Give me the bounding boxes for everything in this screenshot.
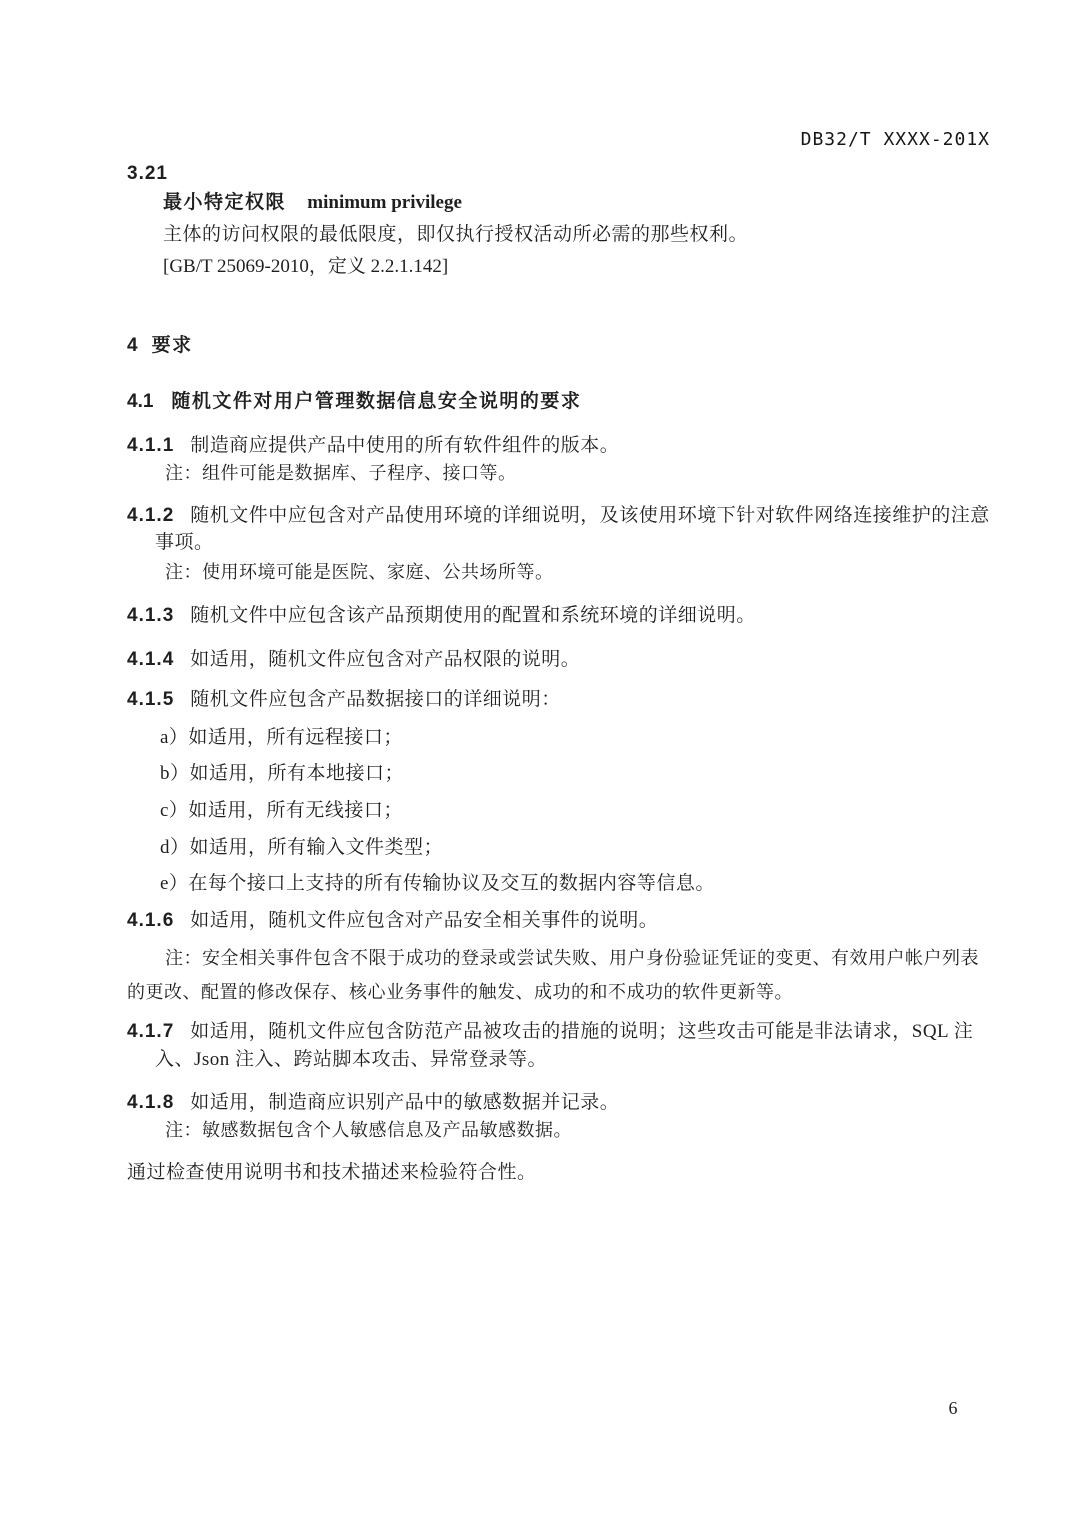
clause-number: 4.1.7	[127, 1021, 174, 1042]
clause-number: 4.1.1	[127, 435, 174, 456]
clause-4-1-8: 4.1.8如适用，制造商应识别产品中的敏感数据并记录。	[127, 1089, 990, 1116]
requirements-section: 4要求 4.1随机文件对用户管理数据信息安全说明的要求 4.1.1制造商应提供产…	[127, 332, 990, 1186]
list-item-c: c）如适用，所有无线接口；	[160, 797, 990, 824]
clause-4-1-6: 4.1.6如适用，随机文件应包含对产品安全相关事件的说明。	[127, 907, 990, 934]
clause-text: 随机文件中应包含对产品使用环境的详细说明，及该使用环境下针对软件网络连接维护的注…	[155, 505, 990, 553]
page-content: DB32/T XXXX-201X 3.21 最小特定权限 minimum pri…	[127, 0, 990, 1186]
list-item-a: a）如适用，所有远程接口；	[160, 724, 990, 751]
clause-number: 4.1.4	[127, 649, 174, 670]
conformance-statement: 通过检查使用说明书和技术描述来检验符合性。	[127, 1159, 990, 1186]
page-number: 6	[949, 1398, 959, 1419]
clause-4-1-8-note: 注：敏感数据包含个人敏感信息及产品敏感数据。	[127, 1117, 990, 1144]
doc-header: DB32/T XXXX-201X	[127, 130, 990, 150]
clause-text: 随机文件中应包含该产品预期使用的配置和系统环境的详细说明。	[190, 605, 756, 626]
clause-text: 随机文件应包含产品数据接口的详细说明：	[190, 689, 561, 710]
clause-4-1-5: 4.1.5随机文件应包含产品数据接口的详细说明：	[127, 686, 990, 713]
term-en: minimum privilege	[307, 192, 462, 213]
subsection-number: 4.1	[127, 391, 153, 412]
clause-number: 4.1.2	[127, 505, 174, 526]
clause-4-1-3: 4.1.3随机文件中应包含该产品预期使用的配置和系统环境的详细说明。	[127, 602, 990, 629]
list-item-b: b）如适用，所有本地接口；	[160, 760, 990, 787]
list-item-d: d）如适用，所有输入文件类型；	[160, 834, 990, 861]
list-item-e: e）在每个接口上支持的所有传输协议及交互的数据内容等信息。	[160, 870, 990, 897]
clause-text: 制造商应提供产品中使用的所有软件组件的版本。	[190, 435, 619, 456]
section-title: 要求	[152, 335, 193, 356]
clause-4-1-1-note: 注：组件可能是数据库、子程序、接口等。	[127, 460, 990, 487]
clause-4-1-2-note: 注：使用环境可能是医院、家庭、公共场所等。	[127, 559, 990, 586]
clause-4-1-4: 4.1.4如适用，随机文件应包含对产品权限的说明。	[127, 646, 990, 673]
clause-number: 4.1.5	[127, 689, 174, 710]
term-clause-number: 3.21	[127, 160, 990, 187]
subsection-title: 随机文件对用户管理数据信息安全说明的要求	[171, 391, 581, 412]
term-title-line: 最小特定权限 minimum privilege	[127, 189, 990, 216]
section-heading: 4要求	[127, 332, 990, 359]
term-section: 3.21 最小特定权限 minimum privilege 主体的访问权限的最低…	[127, 160, 990, 280]
clause-4-1-7: 4.1.7如适用，随机文件应包含防范产品被攻击的措施的说明；这些攻击可能是非法请…	[127, 1018, 990, 1074]
term-zh: 最小特定权限	[163, 192, 286, 213]
clause-text: 如适用，随机文件应包含防范产品被攻击的措施的说明；这些攻击可能是非法请求，SQL…	[155, 1021, 973, 1070]
clause-4-1-1: 4.1.1制造商应提供产品中使用的所有软件组件的版本。	[127, 432, 990, 459]
subsection-heading: 4.1随机文件对用户管理数据信息安全说明的要求	[127, 388, 990, 415]
clause-text: 如适用，随机文件应包含对产品安全相关事件的说明。	[190, 910, 658, 931]
clause-number: 4.1.8	[127, 1092, 174, 1113]
clause-number: 4.1.3	[127, 605, 174, 626]
clause-text: 如适用，随机文件应包含对产品权限的说明。	[190, 649, 580, 670]
clause-4-1-2: 4.1.2随机文件中应包含对产品使用环境的详细说明，及该使用环境下针对软件网络连…	[127, 502, 990, 556]
section-number: 4	[127, 335, 138, 356]
clause-number: 4.1.6	[127, 910, 174, 931]
clause-text: 如适用，制造商应识别产品中的敏感数据并记录。	[190, 1092, 619, 1113]
doc-number: DB32/T XXXX-201X	[801, 129, 990, 150]
clause-4-1-6-note: 注：安全相关事件包含不限于成功的登录或尝试失败、用户身份验证凭证的变更、有效用户…	[127, 941, 990, 1009]
term-source-reference: [GB/T 25069-2010，定义 2.2.1.142]	[127, 253, 990, 280]
document-page: DB32/T XXXX-201X 3.21 最小特定权限 minimum pri…	[0, 0, 1080, 1527]
term-definition: 主体的访问权限的最低限度，即仅执行授权活动所必需的那些权利。	[127, 221, 990, 248]
